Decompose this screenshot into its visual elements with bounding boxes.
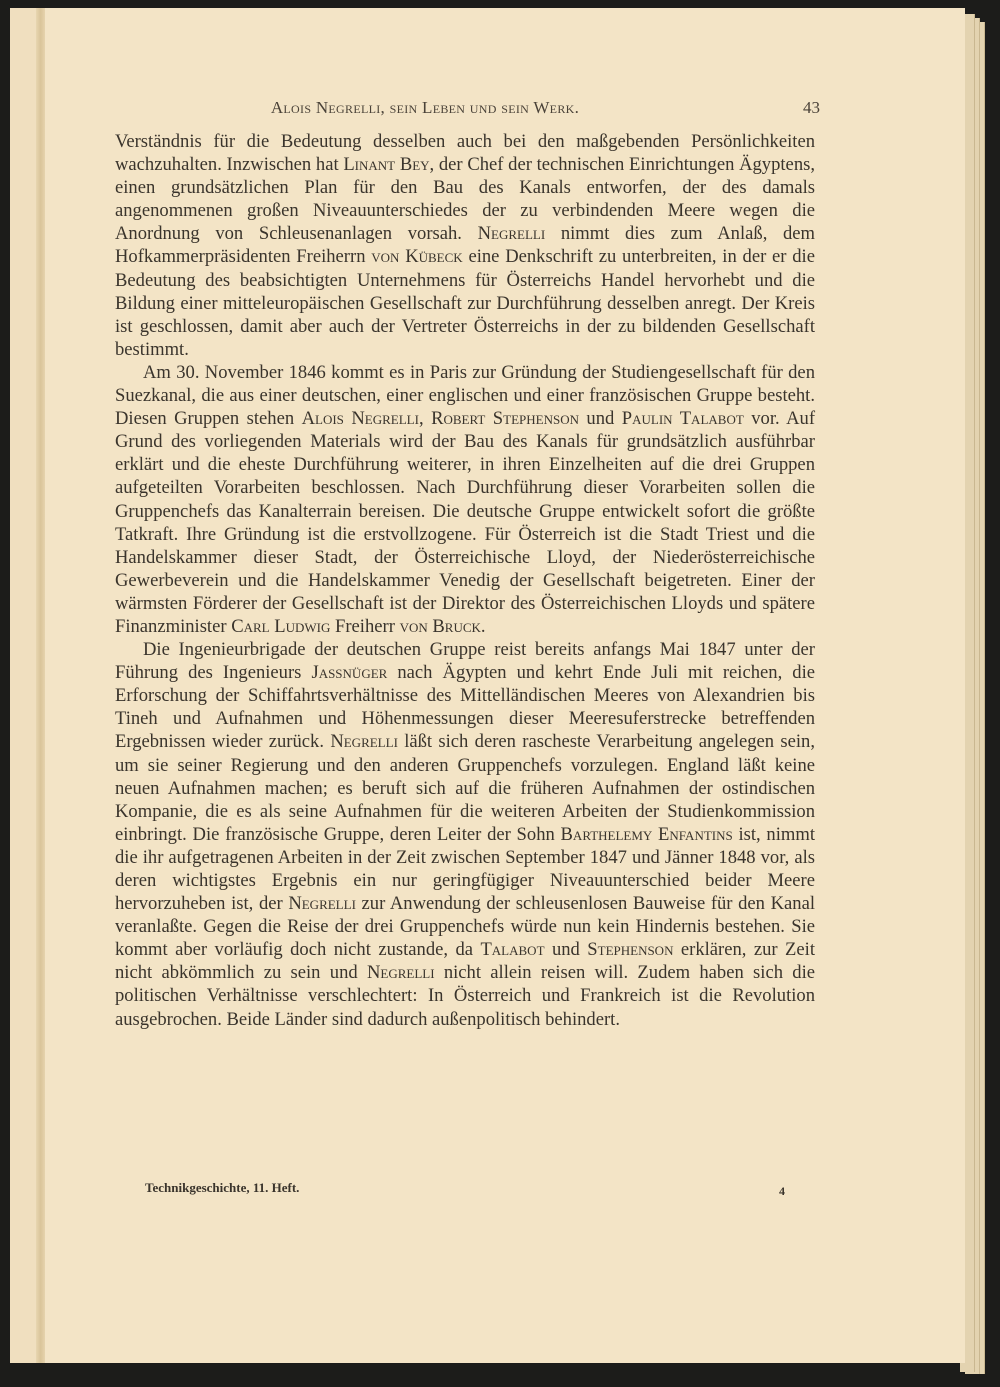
binding-gutter	[36, 8, 45, 1363]
paragraph: Die Ingenieurbrigade der deutschen Grupp…	[115, 638, 815, 1031]
person-name: Negrelli	[330, 731, 398, 752]
signature-text: Technikgeschichte, 11. Heft.	[145, 1180, 299, 1195]
text-run: und	[545, 939, 588, 960]
text-run: vor. Auf Grund des vorliegenden Material…	[115, 408, 815, 637]
person-name: von Bruck	[400, 616, 481, 637]
person-name: von Kübeck	[371, 246, 462, 267]
person-name: Jassnüger	[311, 662, 387, 683]
text-run: und	[579, 408, 622, 429]
running-title: Alois Negrelli, sein Leben und sein Werk…	[100, 98, 750, 118]
person-name: Linant Bey	[343, 154, 429, 175]
running-head: Alois Negrelli, sein Leben und sein Werk…	[100, 98, 820, 120]
text-run: Freiherr	[330, 616, 399, 637]
body-text: Verständnis für die Bedeutung desselben …	[115, 130, 815, 1031]
footer: Technikgeschichte, 11. Heft. 4	[145, 1180, 785, 1196]
person-name: Talabot	[480, 939, 544, 960]
person-name: Negrelli	[367, 962, 435, 983]
page-number: 43	[803, 98, 820, 118]
text-run: .	[481, 616, 486, 637]
person-name: Negrelli	[288, 893, 356, 914]
person-name: Robert Stephenson	[431, 408, 579, 429]
person-name: Negrelli	[478, 223, 546, 244]
running-title-rest: , sein Leben und sein Werk.	[381, 98, 580, 117]
person-name: Barthelemy Enfantins	[561, 824, 733, 845]
text-run: ,	[419, 408, 431, 429]
paragraph: Am 30. November 1846 kommt es in Paris z…	[115, 361, 815, 638]
gutter-left	[10, 8, 36, 1363]
signature-mark: 4	[779, 1184, 785, 1199]
person-name: Paulin Talabot	[622, 408, 744, 429]
paragraph: Verständnis für die Bedeutung desselben …	[115, 130, 815, 361]
person-name: Carl Ludwig	[231, 616, 330, 637]
running-title-name: Alois Negrelli	[271, 98, 381, 117]
person-name: Alois Negrelli	[302, 408, 419, 429]
person-name: Stephenson	[587, 939, 673, 960]
